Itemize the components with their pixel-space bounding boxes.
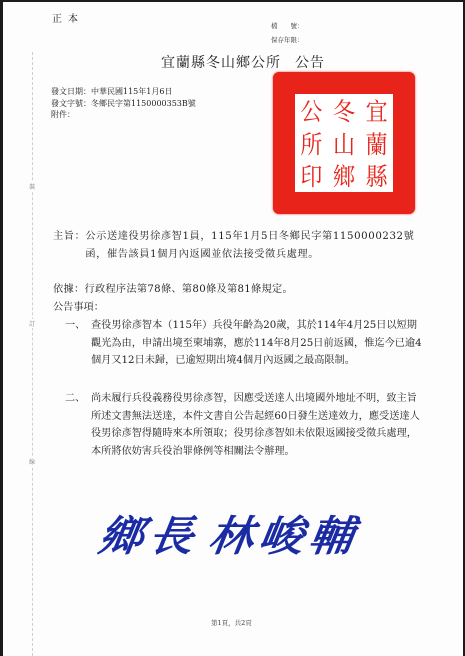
signature-name: 林峻輔 [206, 512, 363, 560]
mayor-signature: 鄉長林峻輔 [95, 509, 403, 566]
seal-char: 所 [295, 125, 328, 161]
send-date-label: 發文日期： [51, 87, 91, 96]
send-no-label: 發文字號： [51, 99, 91, 108]
seal-char: 蘭 [360, 125, 393, 161]
attachment-label: 附件： [51, 110, 75, 119]
title-org: 宜蘭縣冬山鄉公所 [161, 55, 281, 71]
binding-mark-zhuang: 裝 [29, 182, 35, 191]
item-text: 尚未履行兵役義務役男徐彥智，因應受送達人出境國外地址不明，致主旨所述文書無法送達… [91, 390, 425, 460]
document-page: 正本 檔 號： 保存年限： 裝 訂 線 宜蘭縣冬山鄉公所公告 發文日期：中華民國… [3, 2, 463, 656]
basis-label: 依據： [53, 281, 84, 299]
file-meta: 檔 號： 保存年限： [271, 19, 304, 47]
seal-char: 山 [328, 125, 361, 161]
basis-text: 行政程序法第78條、第80條及第81條規定。 [84, 281, 293, 299]
page-title: 宜蘭縣冬山鄉公所公告 [3, 52, 465, 72]
retention-label: 保存年限： [271, 33, 304, 47]
items-heading: 公告事項： [53, 299, 425, 317]
copy-label: 正本 [52, 10, 84, 25]
item-number: 一、 [65, 317, 91, 370]
send-no-value: 冬鄉民字第1150000353B號 [91, 99, 196, 108]
item-number: 二、 [65, 390, 91, 460]
seal-char: 冬 [328, 92, 361, 128]
file-no-label: 檔 號： [271, 19, 304, 33]
subject-text: 公示送達役男徐彥智1員，115年1月5日冬鄉民字第1150000232號函，催告… [85, 228, 425, 263]
send-info: 發文日期：中華民國115年1月6日 發文字號：冬鄉民字第1150000353B號… [51, 86, 196, 121]
page-number: 第1頁，共2頁 [211, 618, 252, 627]
seal-inner: 宜 蘭 縣 冬 山 鄉 公 所 印 [295, 94, 393, 192]
subject-section: 主旨： 公示送達役男徐彥智1員，115年1月5日冬鄉民字第1150000232號… [53, 228, 425, 263]
subject-label: 主旨： [53, 228, 85, 263]
send-date-value: 中華民國115年1月6日 [91, 87, 172, 96]
official-seal: 宜 蘭 縣 冬 山 鄉 公 所 印 [273, 72, 415, 214]
binding-line [32, 52, 33, 656]
binding-mark-xian: 線 [29, 457, 35, 466]
seal-char: 縣 [360, 158, 393, 194]
seal-char: 宜 [360, 92, 393, 128]
announcement-item: 二、 尚未履行兵役義務役男徐彥智，因應受送達人出境國外地址不明，致主旨所述文書無… [65, 390, 425, 460]
binding-mark-ding: 訂 [29, 319, 35, 328]
seal-char: 印 [295, 158, 328, 194]
title-type: 公告 [295, 55, 325, 71]
signature-title: 鄉長 [96, 512, 203, 560]
basis-section: 依據： 行政程序法第78條、第80條及第81條規定。 [53, 281, 425, 299]
seal-char: 公 [295, 92, 328, 128]
item-text: 查役男徐彥智本（115年）兵役年齡為20歲，其於114年4月25日以短期觀光為由… [91, 317, 425, 370]
announcement-item: 一、 查役男徐彥智本（115年）兵役年齡為20歲，其於114年4月25日以短期觀… [65, 317, 425, 370]
seal-char: 鄉 [328, 158, 361, 194]
